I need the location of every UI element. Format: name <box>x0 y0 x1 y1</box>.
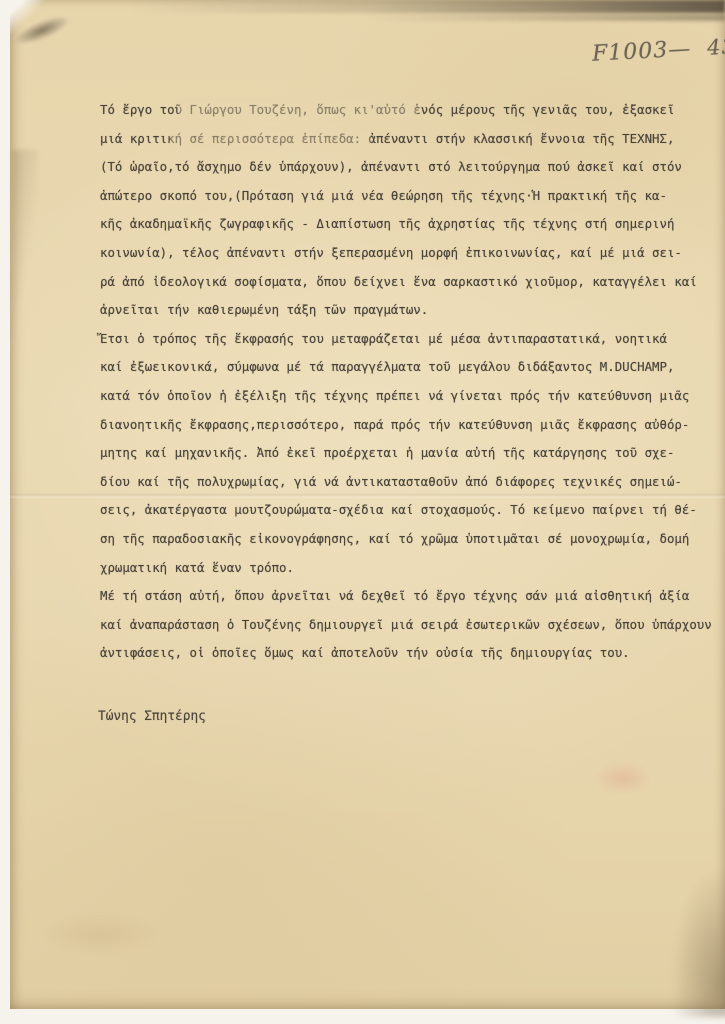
catalog-page-number: 43 <box>707 34 725 59</box>
text-line: κατά τόν ὁποῖον ἡ ἐξέλιξη τῆς τέχνης πρέ… <box>100 382 712 411</box>
text-line: καί ἀναπαράσταση ὁ Τουζένης δημιουργεῖ μ… <box>100 611 712 640</box>
top-edge-smudge <box>130 0 725 13</box>
bottom-right-stain <box>671 867 725 1017</box>
text-line: Ἔτσι ὁ τρόπος τῆς ἔκφρασής του μεταφράζε… <box>100 325 712 354</box>
text-line: καί ἐξωεικονικά, σύμφωνα μέ τά παραγγέλμ… <box>100 353 712 382</box>
top-edge-smudge-2 <box>365 14 725 21</box>
pink-stain <box>595 762 651 794</box>
text-line: ἀντιφάσεις, οἱ ὁποῖες ὅμως καί ἀποτελοῦν… <box>100 639 712 668</box>
text-line: δίου καί τῆς πολυχρωμίας, γιά νά ἀντικατ… <box>100 468 712 497</box>
text-line: ση τῆς παραδοσιακῆς εἰκονογράφησης, καί … <box>100 525 712 554</box>
bottom-left-stain <box>40 914 160 954</box>
text-line: μητης καί μηχανικῆς. Ἀπό ἐκεῖ προέρχεται… <box>100 439 712 468</box>
text-line: ρά ἀπό ἰδεολογικά σοφίσματα, ὅπου δείχνε… <box>100 268 712 297</box>
text-line: κῆς ἀκαδημαϊκῆς ζωγραφικῆς - Διαπίστωση … <box>100 210 712 239</box>
paragraph: Τό ἔργο τοῦ Γιώργου Τουζένη, ὅπως κι'αὐτ… <box>100 96 712 325</box>
text-line: Τό ἔργο τοῦ Γιώργου Τουζένη, ὅπως κι'αὐτ… <box>100 96 712 125</box>
text-line: διανοητικῆς ἔκφρασης,περισσότερο, παρά π… <box>100 411 712 440</box>
left-edge-crease <box>12 150 38 340</box>
catalog-code: F1003— <box>591 37 691 67</box>
paragraph: Ἔτσι ὁ τρόπος τῆς ἔκφρασής του μεταφράζε… <box>100 325 712 582</box>
typewritten-text: Τό ἔργο τοῦ Γιώργου Τουζένη, ὅπως κι'αὐτ… <box>100 96 712 668</box>
text-line: ἀρνεῖται τήν καθιερωμένη τάξη τῶν πραγμά… <box>100 296 712 325</box>
text-line: μιά κριτική σέ περισσότερα ἐπίπεδα: ἀπέν… <box>100 125 712 154</box>
paragraph: Μέ τή στάση αὐτή, ὅπου ἀρνεῖται νά δεχθε… <box>100 582 712 668</box>
scanned-letter-page: { "page": { "colors": { "scanner_backgro… <box>0 0 725 1024</box>
text-line: χρωματική κατά ἕναν τρόπο. <box>100 554 712 583</box>
text-line: σεις, ἀκατέργαστα μουτζουρώματα-σχέδια κ… <box>100 496 712 525</box>
text-line: ἀπώτερο σκοπό του,(Πρόταση γιά μιά νέα θ… <box>100 182 712 211</box>
text-line: Μέ τή στάση αὐτή, ὅπου ἀρνεῖται νά δεχθε… <box>100 582 712 611</box>
signature: Τώνης Σπητέρης <box>98 709 206 724</box>
text-line: κοινωνία), τέλος ἀπέναντι στήν ξεπερασμέ… <box>100 239 712 268</box>
text-line: (Τό ὡραῖο,τό ἄσχημο δέν ὑπάρχουν), ἀπένα… <box>100 153 712 182</box>
